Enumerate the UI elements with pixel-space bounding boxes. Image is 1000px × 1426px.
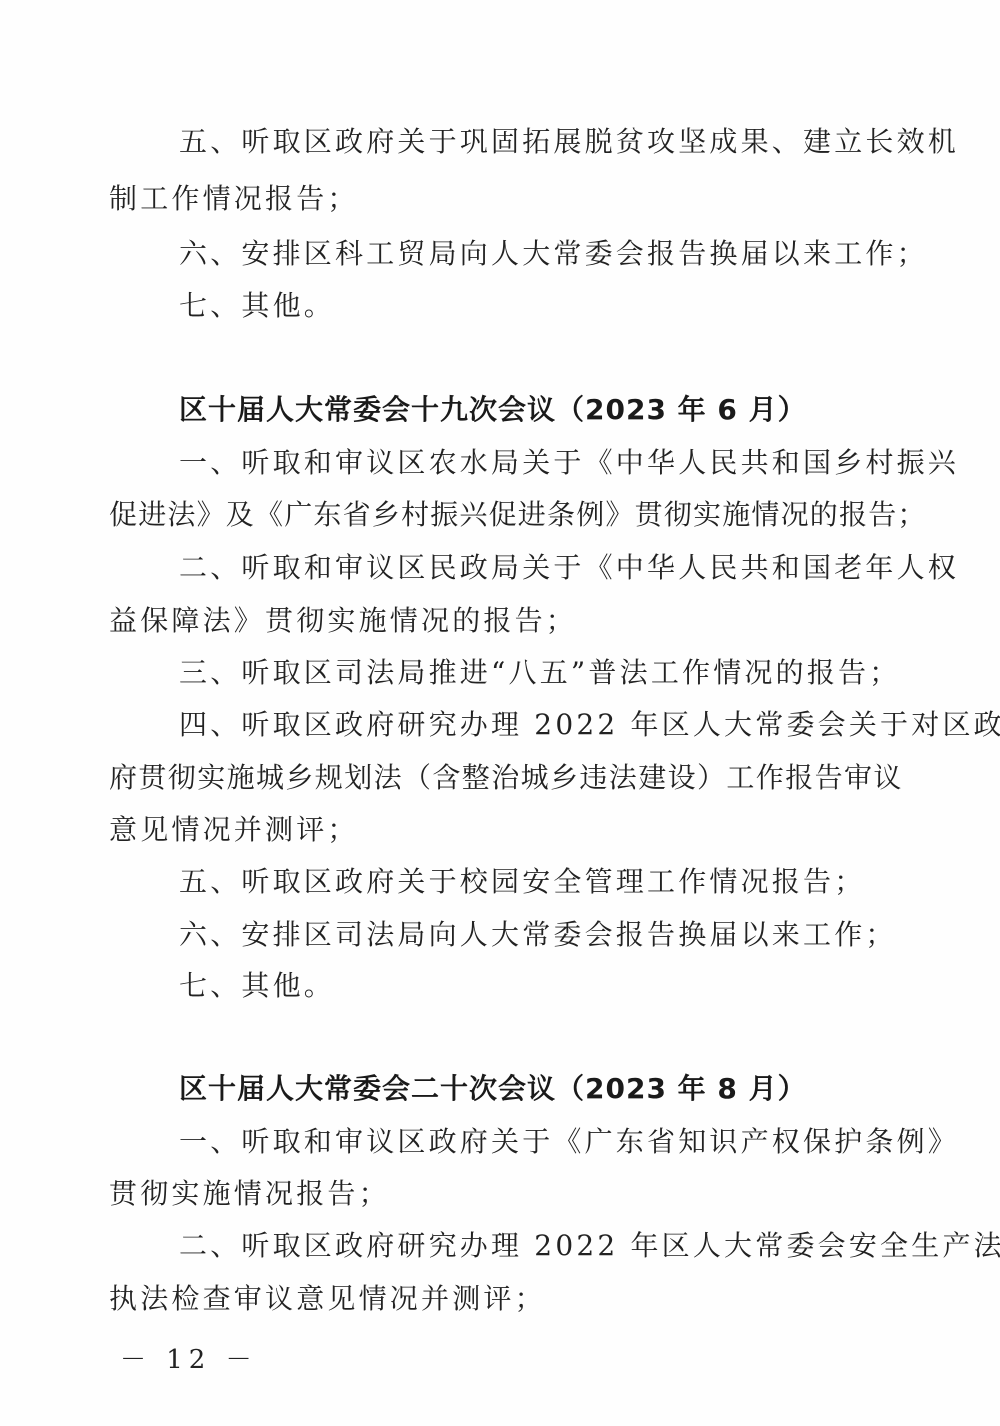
document-page: 五、听取区政府关于巩固拓展脱贫攻坚成果、建立长效机 制工作情况报告； 六、安排区…	[0, 0, 1000, 1426]
page-number: － 12 －	[120, 1340, 258, 1380]
m19-item-2-line-1: 二、听取和审议区民政局关于《中华人民共和国老年人权	[179, 550, 959, 586]
m19-item-4-line-1: 四、听取区政府研究办理 2022 年区人大常委会关于对区政	[179, 707, 1000, 743]
agenda-item-5-line-2: 制工作情况报告；	[109, 181, 359, 217]
m19-item-1-line-2: 促进法》及《广东省乡村振兴促进条例》贯彻实施情况的报告；	[109, 497, 927, 533]
agenda-item-6: 六、安排区科工贸局向人大常委会报告换届以来工作；	[179, 236, 928, 272]
meeting-20-heading: 区十届人大常委会二十次会议（2023 年 8 月）	[179, 1071, 807, 1107]
m19-item-2-line-2: 益保障法》贯彻实施情况的报告；	[109, 603, 577, 639]
m20-item-2-line-2: 执法检查审议意见情况并测评；	[109, 1281, 546, 1317]
m19-item-6: 六、安排区司法局向人大常委会报告换届以来工作；	[179, 917, 897, 953]
m19-item-4-line-3: 意见情况并测评；	[109, 812, 359, 848]
agenda-item-7: 七、其他。	[179, 288, 335, 324]
m19-item-3: 三、听取区司法局推进“八五”普法工作情况的报告；	[179, 655, 900, 691]
m20-item-2-line-1: 二、听取区政府研究办理 2022 年区人大常委会安全生产法	[179, 1228, 1000, 1264]
m19-item-1-line-1: 一、听取和审议区农水局关于《中华人民共和国乡村振兴	[179, 445, 959, 481]
m19-item-5: 五、听取区政府关于校园安全管理工作情况报告；	[179, 864, 865, 900]
m19-item-7: 七、其他。	[179, 968, 335, 1004]
agenda-item-5-line-1: 五、听取区政府关于巩固拓展脱贫攻坚成果、建立长效机	[179, 124, 959, 160]
m19-item-4-line-2: 府贯彻实施城乡规划法（含整治城乡违法建设）工作报告审议	[109, 760, 903, 796]
meeting-19-heading: 区十届人大常委会十九次会议（2023 年 6 月）	[179, 392, 807, 428]
m20-item-1-line-2: 贯彻实施情况报告；	[109, 1176, 390, 1212]
m20-item-1-line-1: 一、听取和审议区政府关于《广东省知识产权保护条例》	[179, 1124, 959, 1160]
